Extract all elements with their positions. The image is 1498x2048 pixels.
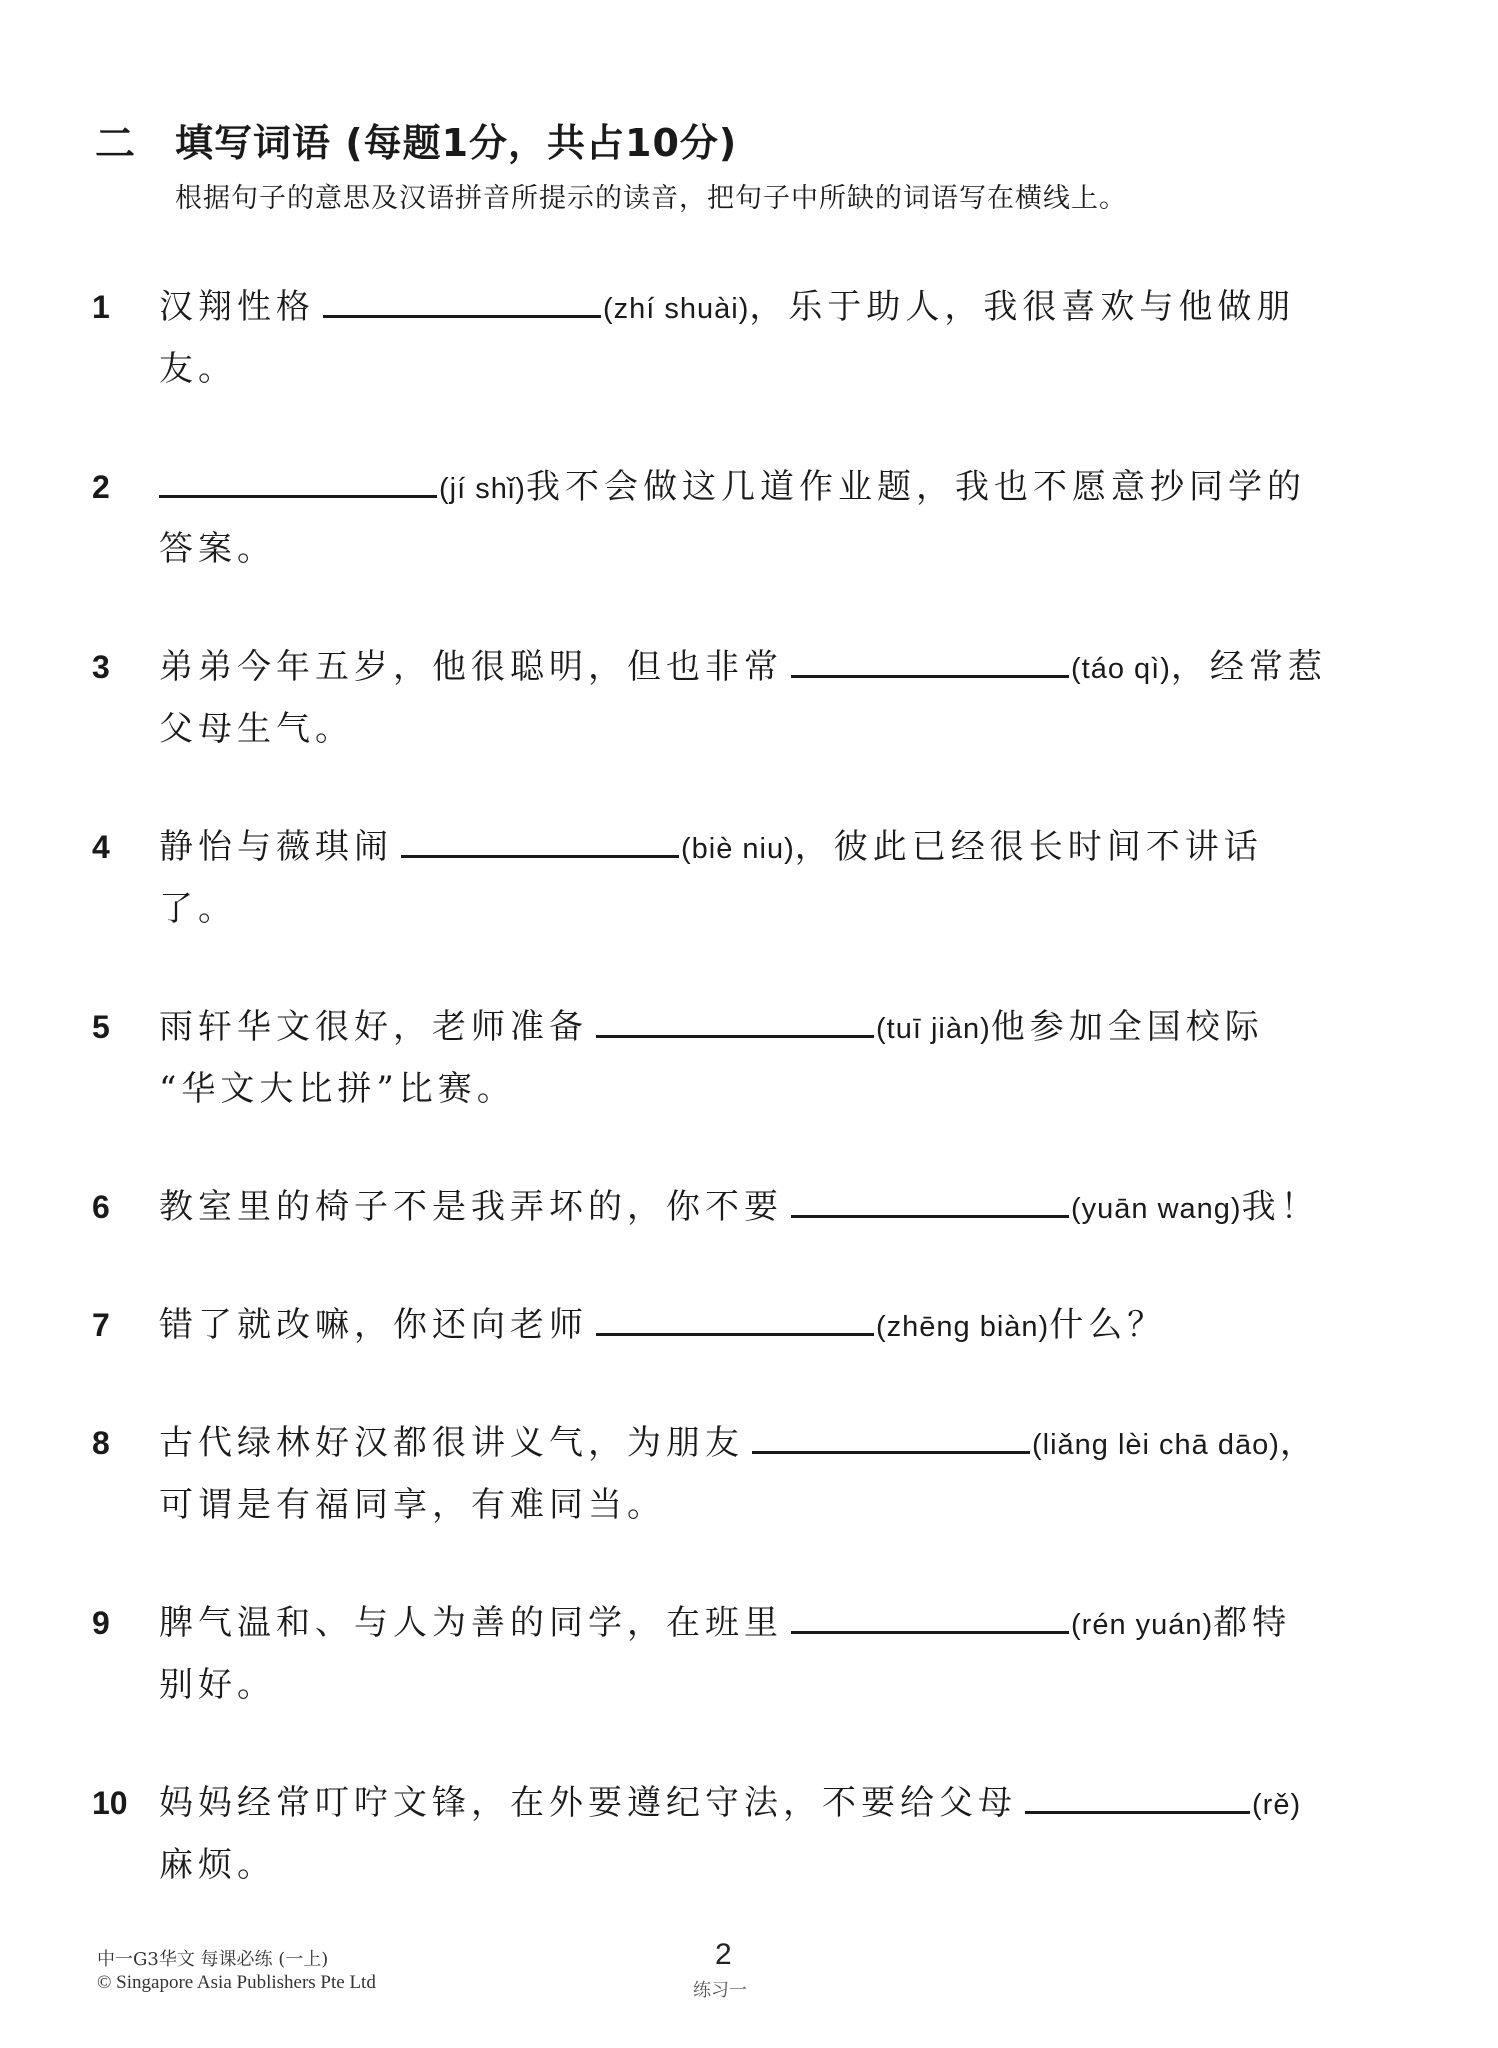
question-text-before: 妈妈经常叮咛文锋，在外要遵纪守法，不要给父母 bbox=[159, 1783, 1017, 1823]
section-instruction: 根据句子的意思及汉语拼音所提示的读音，把句子中所缺的词语写在横线上。 bbox=[175, 176, 1127, 215]
answer-blank[interactable] bbox=[159, 465, 437, 498]
question-number: 6 bbox=[92, 1185, 110, 1229]
question-text-after: 我！ bbox=[1242, 1187, 1320, 1227]
question-text-line2: 答案。 bbox=[159, 527, 276, 571]
question-text-line2: “华文大比拼”比赛。 bbox=[159, 1067, 516, 1111]
question-number: 8 bbox=[92, 1421, 110, 1465]
pinyin-hint: (rě) bbox=[1252, 1789, 1301, 1821]
pinyin-hint: (zhí shuài) bbox=[603, 293, 749, 325]
answer-blank[interactable] bbox=[596, 1303, 874, 1336]
question-text-after: ，经常惹 bbox=[1171, 647, 1327, 687]
answer-blank[interactable] bbox=[791, 645, 1069, 678]
pinyin-hint: (liǎng lèi chā dāo) bbox=[1032, 1429, 1280, 1461]
answer-blank[interactable] bbox=[752, 1421, 1030, 1454]
footer-copyright: © Singapore Asia Publishers Pte Ltd bbox=[97, 1972, 376, 1994]
answer-blank[interactable] bbox=[596, 1005, 874, 1038]
question-text-after: 我不会做这几道作业题，我也不愿意抄同学的 bbox=[526, 467, 1306, 507]
answer-blank[interactable] bbox=[791, 1185, 1069, 1218]
question-number: 3 bbox=[92, 645, 110, 689]
section-number: 二 bbox=[95, 112, 135, 169]
footer-book-title: 中一G3华文 每课必练 (一上) bbox=[97, 1945, 328, 1971]
pinyin-hint: (yuān wang) bbox=[1071, 1193, 1242, 1225]
question-text-line2: 父母生气。 bbox=[159, 707, 354, 751]
question-number: 9 bbox=[92, 1601, 110, 1645]
question-number: 7 bbox=[92, 1303, 110, 1347]
answer-blank[interactable] bbox=[1025, 1781, 1250, 1814]
answer-blank[interactable] bbox=[323, 285, 601, 318]
pinyin-hint: (rén yuán) bbox=[1071, 1609, 1213, 1641]
pinyin-hint: (jí shǐ) bbox=[439, 473, 526, 505]
question-text-before: 错了就改嘛，你还向老师 bbox=[159, 1305, 588, 1345]
question-text-before: 汉翔性格 bbox=[159, 287, 315, 327]
question-text-before: 弟弟今年五岁，他很聪明，但也非常 bbox=[159, 647, 783, 687]
question-number: 2 bbox=[92, 465, 110, 509]
question-text-line2: 麻烦。 bbox=[159, 1843, 276, 1887]
question-number: 1 bbox=[92, 285, 110, 329]
question-number: 5 bbox=[92, 1005, 110, 1049]
question-text-after: ，乐于助人，我很喜欢与他做朋 bbox=[749, 287, 1295, 327]
question-text-after: ， bbox=[1280, 1423, 1319, 1463]
pinyin-hint: (biè niu) bbox=[681, 833, 795, 865]
question-text-line2: 友。 bbox=[159, 347, 237, 391]
question-text-before: 脾气温和、与人为善的同学，在班里 bbox=[159, 1603, 783, 1643]
pinyin-hint: (zhēng biàn) bbox=[876, 1311, 1049, 1343]
question-text-line2: 可谓是有福同享，有难同当。 bbox=[159, 1483, 666, 1527]
question-text-before: 教室里的椅子不是我弄坏的，你不要 bbox=[159, 1187, 783, 1227]
question-text-before: 雨轩华文很好，老师准备 bbox=[159, 1007, 588, 1047]
answer-blank[interactable] bbox=[791, 1601, 1069, 1634]
section-title: 填写词语 (每题1分，共占10分) bbox=[175, 112, 737, 167]
question-text-after: ，彼此已经很长时间不讲话 bbox=[795, 827, 1263, 867]
question-text-line2: 了。 bbox=[159, 887, 237, 931]
question-number: 4 bbox=[92, 825, 110, 869]
question-text-after: 都特 bbox=[1213, 1603, 1291, 1643]
page-number: 2 bbox=[715, 1938, 732, 1972]
question-text-before: 静怡与薇琪闹 bbox=[159, 827, 393, 867]
question-text-after: 什么？ bbox=[1049, 1305, 1166, 1345]
pinyin-hint: (tuī jiàn) bbox=[876, 1013, 991, 1045]
answer-blank[interactable] bbox=[401, 825, 679, 858]
question-number: 10 bbox=[92, 1781, 128, 1825]
question-text-before: 古代绿林好汉都很讲义气，为朋友 bbox=[159, 1423, 744, 1463]
question-text-line2: 别好。 bbox=[159, 1663, 276, 1707]
question-text-after: 他参加全国校际 bbox=[991, 1007, 1264, 1047]
exercise-label: 练习一 bbox=[693, 1976, 747, 2002]
pinyin-hint: (táo qì) bbox=[1071, 653, 1171, 685]
